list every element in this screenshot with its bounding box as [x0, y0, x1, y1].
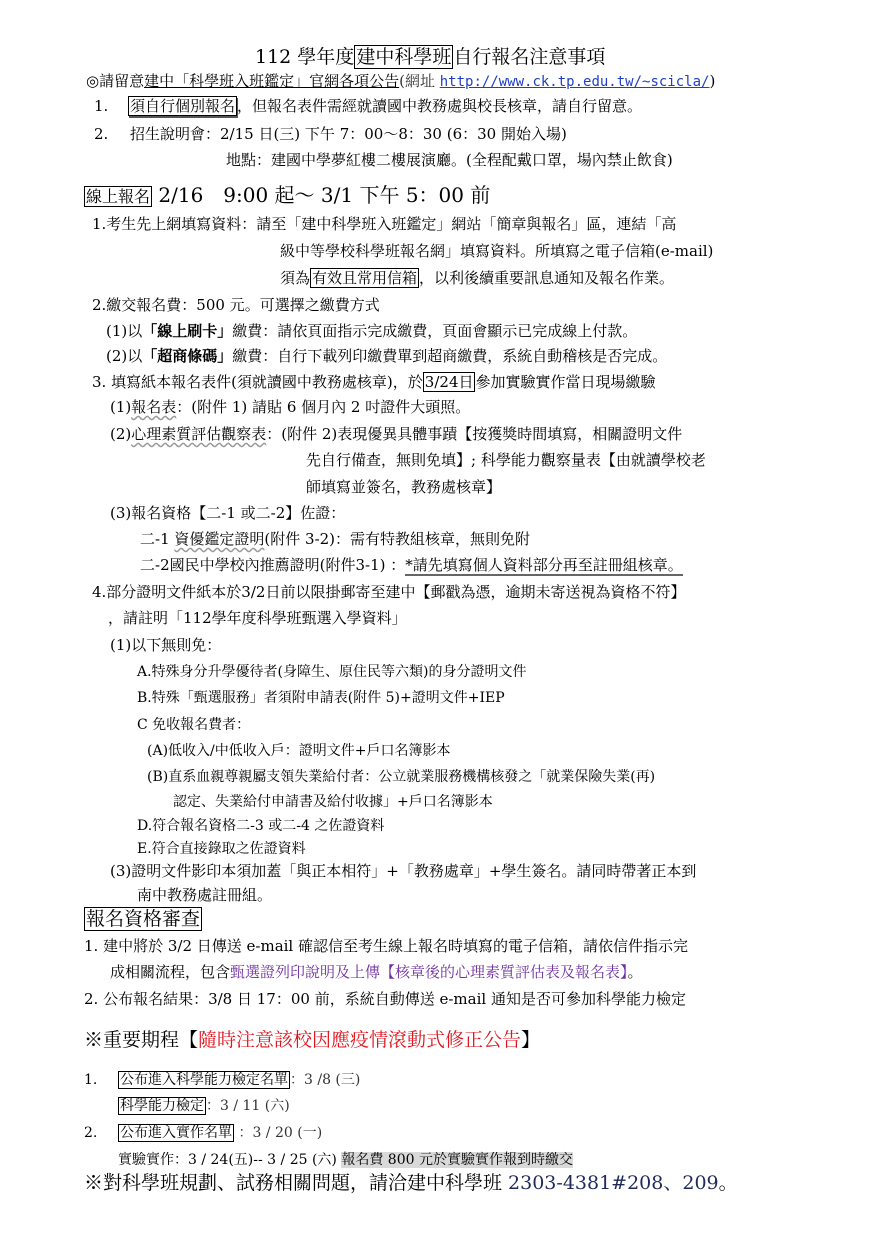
review-heading: 報名資格審查	[84, 907, 202, 931]
step4-cb2: 認定、失業給付申請書及給付收據」+戶口名簿影本	[173, 792, 493, 812]
schedule-heading: ※重要期程【隨時注意該校因應疫情滾動式修正公告】	[84, 1028, 540, 1052]
step3-item1: (1)報名表：(附件 1) 請貼 6 個月內 2 吋證件大頭照。	[110, 397, 470, 417]
schedule-item-2b: 實驗實作：3 / 24(五)-- 3 / 25 (六) 報名費 800 元於實驗…	[118, 1150, 573, 1170]
official-site-link[interactable]: http://www.ck.tp.edu.tw/~scicla/	[440, 74, 710, 90]
schedule-item-1b: 科學能力檢定：3 / 11 (六)	[118, 1096, 290, 1116]
intro-item-2: 2.招生說明會：2/15 日(三) 下午 7：00～8：30 (6：30 開始入…	[94, 124, 567, 144]
schedule-item-1: 1.公布進入科學能力檢定名單：3 /8 (三)	[84, 1070, 360, 1090]
title-boxed: 建中科學班	[354, 45, 453, 69]
step4-d: D.符合報名資格二-3 或二-4 之佐證資料	[137, 816, 384, 836]
location-line: 地點：建國中學夢紅樓二樓展演廳。(全程配戴口罩，場內禁止飲食)	[226, 150, 673, 170]
online-registration-heading: 線上報名 2/16 9:00 起～ 3/1 下午 5：00 前	[84, 182, 490, 210]
valid-email-boxed: 有效且常用信箱	[310, 268, 419, 288]
schedule-item-2: 2.公布進入實作名單 ：3 / 20 (一)	[84, 1123, 322, 1143]
notice-underlined: 建中「科學班入班鑑定」官網各項公告	[144, 72, 399, 90]
contact-line: ※對科學班規劃、試務相關問題，請洽建中科學班 2303-4381#208、209…	[84, 1171, 738, 1195]
step4-a: A.特殊身分升學優待者(身障生、原住民等六類)的身分證明文件	[137, 662, 526, 682]
contact-phone: 2303-4381#208、209	[508, 1172, 719, 1194]
date-boxed: 3/24日	[423, 372, 476, 392]
step4-ca: (A)低收入/中低收入戶：證明文件+戶口名簿影本	[147, 741, 450, 761]
payment-option-2: (2)以「超商條碼」繳費：自行下載列印繳費單到超商繳費，系統自動稽核是否完成。	[106, 346, 667, 366]
step4-item1: (1)以下無則免：	[110, 635, 221, 655]
step3-sub1: 二-1 資優鑑定證明(附件 3-2)：需有特教組核章，無則免附	[140, 529, 530, 549]
step4-item3b: 南中教務處註冊組。	[137, 885, 272, 905]
step1-line3: 須為有效且常用信箱，以利後續重要訊息通知及報名作業。	[280, 268, 674, 288]
review-p1b: 成相關流程，包含甄選證列印說明及上傳【核章後的心理素質評估表及報名表】。	[110, 962, 643, 982]
step2-title: 2.繳交報名費：500 元。可選擇之繳費方式	[92, 295, 380, 315]
step4-line2: ，請註明「112學年度科學班甄選入學資料」	[108, 608, 407, 628]
step3-item3: (3)報名資格【二-1 或二-2】佐證：	[110, 503, 345, 523]
step3-item2-cont2: 師填寫並簽名，教務處核章】	[306, 477, 501, 497]
fee-highlight: 報名費 800 元於實驗實作報到時繳交	[341, 1152, 573, 1168]
review-p1a: 1. 建中將於 3/2 日傳送 e-mail 確認信至考生線上報名時填寫的電子信…	[84, 936, 688, 956]
step1-line2: 級中等學校科學班報名網」填寫資料。所填寫之電子信箱(e-mail)	[280, 241, 713, 261]
step4-line1: 4.部分證明文件紙本於3/2日前以限掛郵寄至建中【郵戳為憑，逾期未寄送視為資格不…	[92, 582, 685, 602]
self-register-boxed: 須自行個別報名	[128, 96, 237, 116]
step4-b: B.特殊「甄選服務」者須附申請表(附件 5)+證明文件+IEP	[137, 688, 505, 708]
step4-item3a: (3)證明文件影印本須加蓋「與正本相符」+「教務處章」+學生簽名。請同時帶著正本…	[110, 861, 696, 881]
step3-item2-cont1: 先自行備查，無則免填】; 科學能力觀察量表【由就讀學校老	[306, 450, 706, 470]
page-title: 112 學年度建中科學班自行報名注意事項	[255, 45, 605, 69]
step3-sub2: 二-2國民中學校內推薦證明(附件3-1) ：*請先填寫個人資料部分再至註冊組核章…	[140, 555, 683, 575]
online-label-boxed: 線上報名	[84, 186, 152, 207]
step1-line1: 1.考生先上網填寫資料：請至「建中科學班入班鑑定」網站「簡章與報名」區，連結「高	[92, 214, 676, 234]
intro-item-1: 1.須自行個別報名，但報名表件需經就讀國中教務處與校長核章，請自行留意。	[94, 96, 642, 116]
payment-option-1: (1)以「線上刷卡」繳費：請依頁面指示完成繳費，頁面會顯示已完成線上付款。	[106, 321, 637, 341]
step3-item2: (2)心理素質評估觀察表：(附件 2)表現優異具體事蹟【按獲獎時間填寫，相關證明…	[110, 424, 682, 444]
step4-c: C 免收報名費者：	[137, 715, 250, 735]
step3-title: 3. 填寫紙本報名表件(須就讀國中教務處核章)，於3/24日參加實驗實作當日現場…	[92, 372, 656, 392]
review-p2: 2. 公布報名結果：3/8 日 17：00 前，系統自動傳送 e-mail 通知…	[84, 989, 686, 1009]
step4-e: E.符合直接錄取之佐證資料	[137, 839, 306, 859]
notice-line: ◎請留意建中「科學班入班鑑定」官網各項公告(網址 http://www.ck.t…	[86, 71, 715, 92]
step4-cb1: (B)直系血親尊親屬支領失業給付者：公立就業服務機構核發之「就業保險失業(再)	[147, 767, 655, 787]
